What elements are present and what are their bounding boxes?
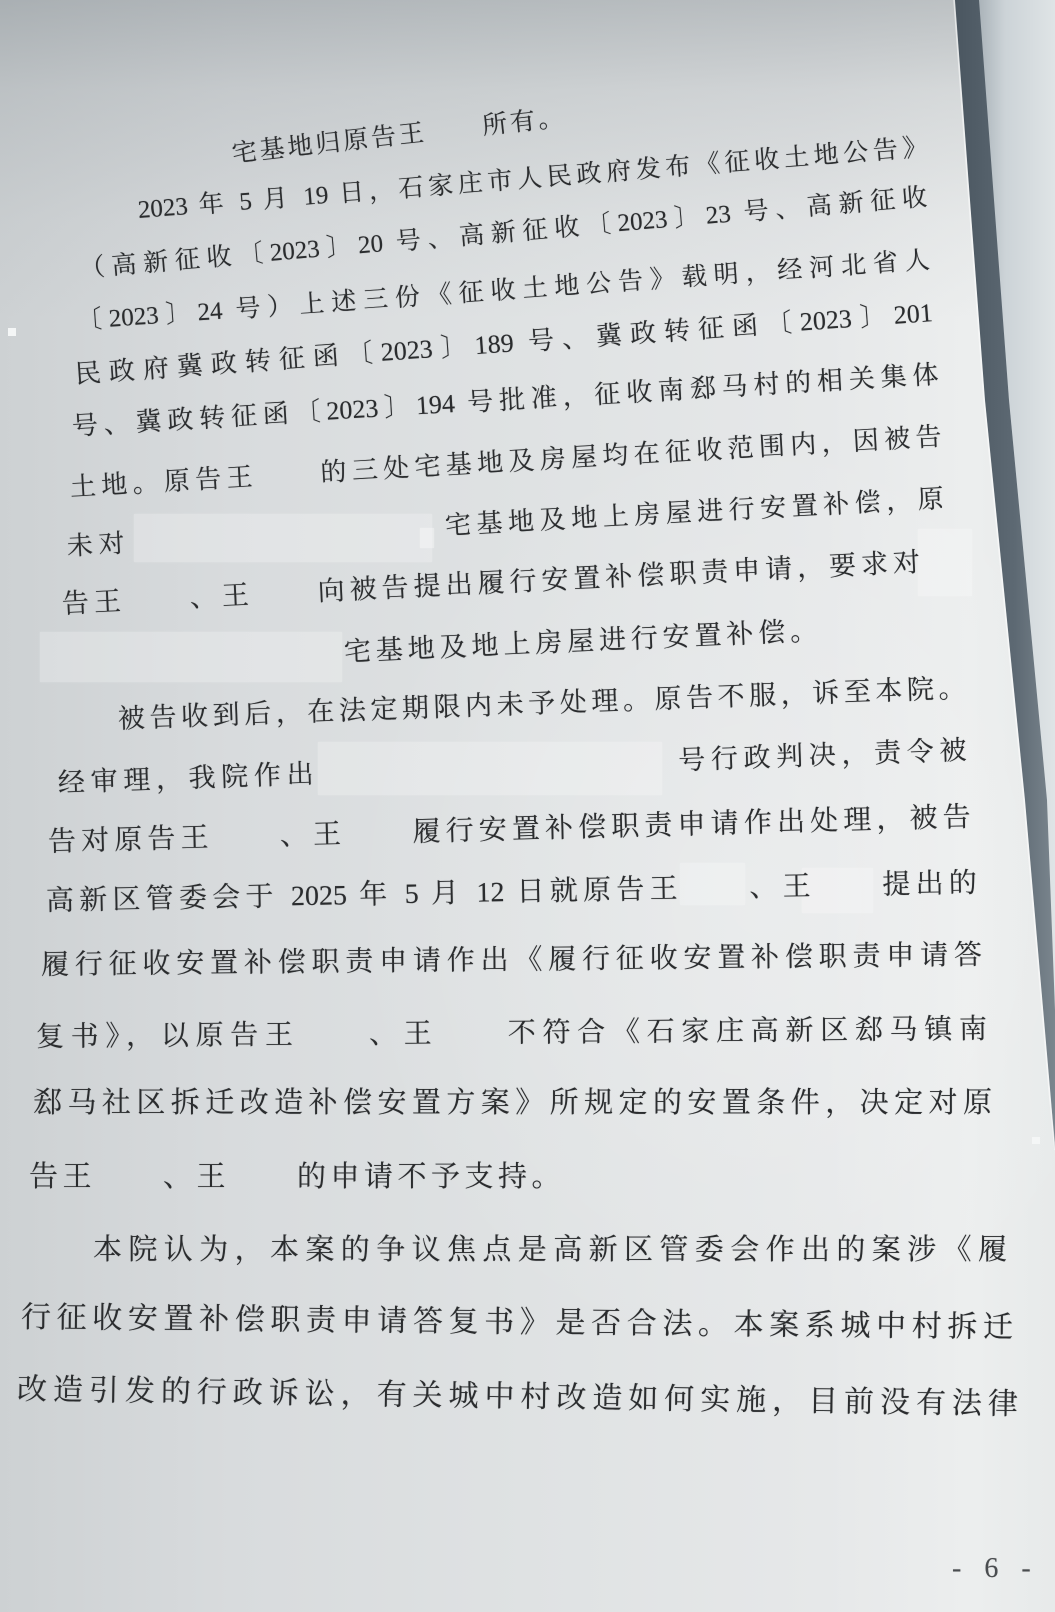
body-line-18: 告王 、王 的申请不予支持。 [29, 1163, 565, 1192]
white-speck [1032, 1137, 1040, 1144]
redaction-box [40, 632, 342, 682]
redaction-box [918, 529, 972, 596]
page-number: - 6 - [952, 1554, 1039, 1584]
document-page-photo: 宅基地归原告王 所有。 2023 年 5 月 19 日，石家庄市人民政府发布《征… [0, 0, 1055, 1612]
body-line-17: 郄马社区拆迁改造补偿安置方案》所规定的安置条件，决定对原 [33, 1089, 992, 1118]
body-line-19: 本院认为，本案的争议焦点是高新区管委会作出的案涉《履 [93, 1236, 1007, 1265]
white-speck [8, 328, 16, 336]
